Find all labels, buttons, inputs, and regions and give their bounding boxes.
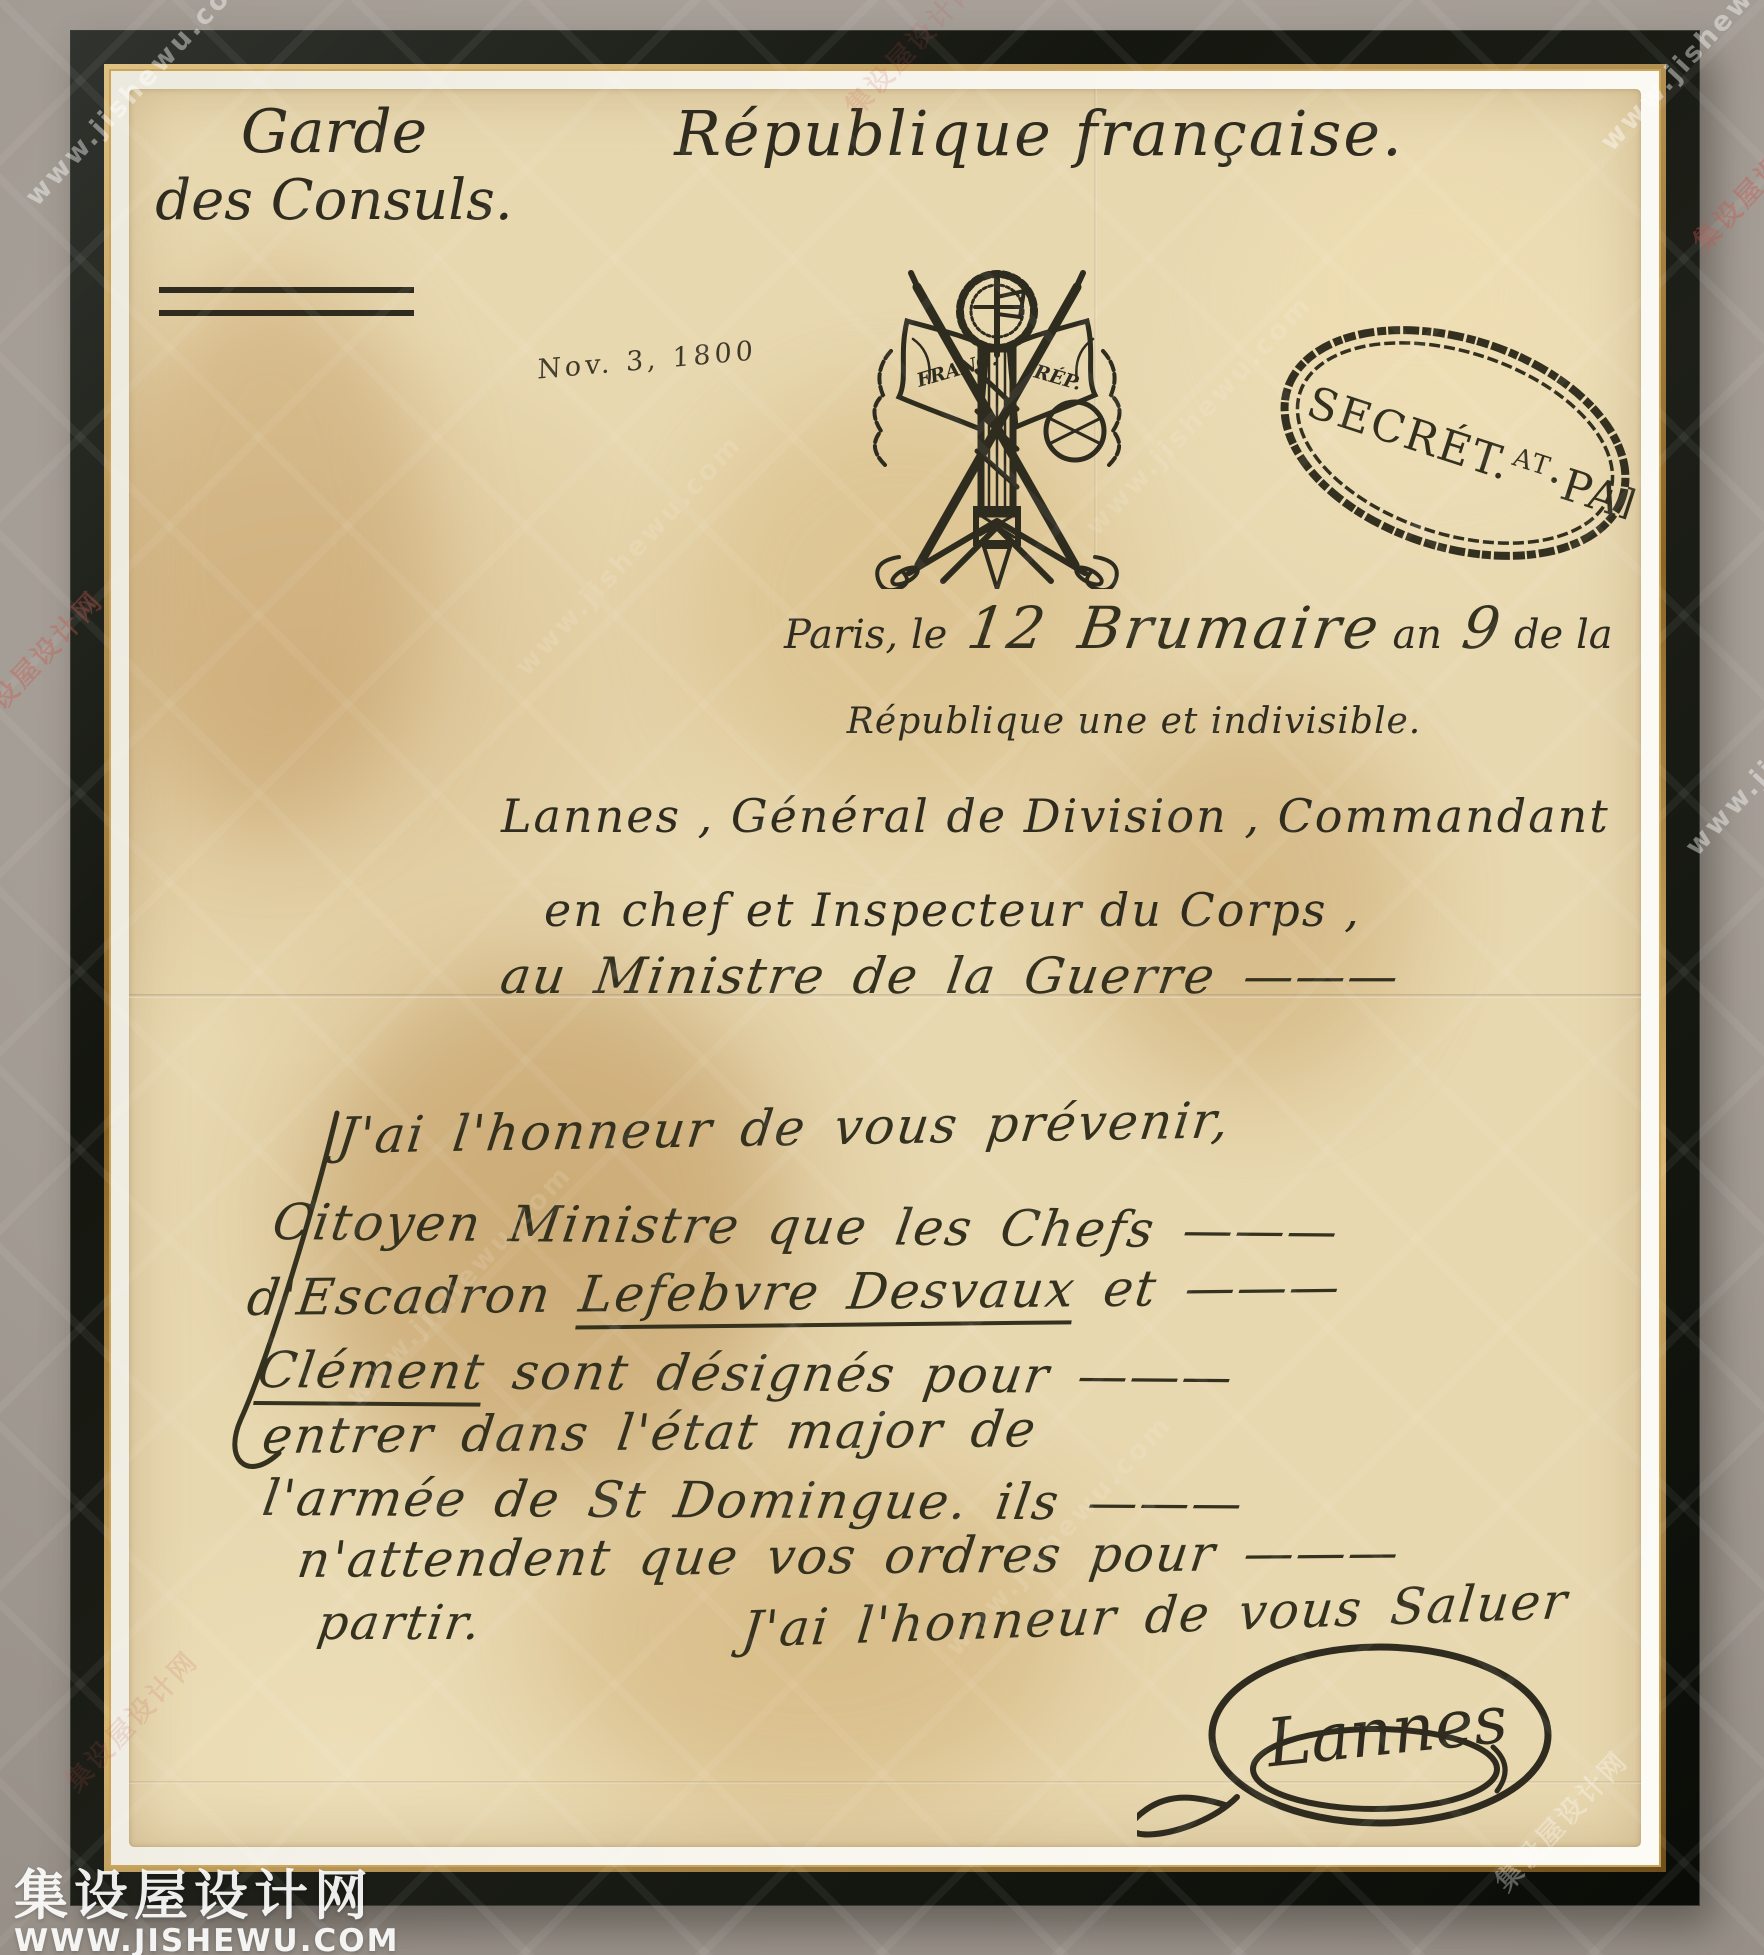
double-rule bbox=[159, 287, 414, 316]
body-line: entrer dans l'état major de bbox=[259, 1400, 1041, 1465]
paper-stain bbox=[129, 269, 429, 829]
body-line: n'attendent que vos ordres pour ——— bbox=[294, 1523, 1404, 1589]
letterhead-corps-line2: des Consuls. bbox=[149, 168, 519, 234]
underlined-name: Lefebvre Desvaux bbox=[575, 1260, 1080, 1329]
dateline-line2: République une et indivisible. bbox=[819, 701, 1449, 742]
letterhead-title: République française. bbox=[599, 97, 1479, 170]
body-text: l'armée de St Domingue. ils ——— bbox=[259, 1469, 1248, 1532]
mat-border: Garde des Consuls. République française.… bbox=[111, 71, 1659, 1865]
picture-frame: Garde des Consuls. République française.… bbox=[70, 30, 1700, 1906]
letterhead-corps: Garde des Consuls. bbox=[149, 97, 519, 234]
dateline-suffix: de la bbox=[1514, 612, 1613, 658]
dateline-an-word: an bbox=[1392, 612, 1442, 658]
recipient-line: au Ministre de la Guerre ——— bbox=[497, 947, 1404, 1005]
body-line: J'ai l'honneur de vous prévenir, bbox=[334, 1091, 1234, 1165]
body-text: J'ai l'honneur de vous prévenir, bbox=[334, 1091, 1234, 1165]
body-line: l'armée de St Domingue. ils ——— bbox=[259, 1469, 1248, 1532]
body-text: sont désignés pour ——— bbox=[481, 1343, 1238, 1406]
underlined-name: Clément bbox=[253, 1341, 490, 1407]
sender-line2: en chef et Inspecteur du Corps , bbox=[544, 883, 1361, 937]
signature: Lannes bbox=[1137, 1637, 1567, 1847]
parchment-letter: Garde des Consuls. République française.… bbox=[129, 89, 1641, 1847]
body-line: Clément sont désignés pour ——— bbox=[254, 1341, 1238, 1406]
body-text: entrer dans l'état major de bbox=[259, 1400, 1041, 1465]
signature-name: Lannes bbox=[1262, 1681, 1511, 1783]
watermark-site-url: WWW.JISHEWU.COM bbox=[14, 1925, 399, 1955]
dateline: Paris, le 12 Brumaire an 9 de la bbox=[784, 594, 1613, 662]
body-text: d'Escadron bbox=[244, 1265, 583, 1327]
dateline-handwritten-date: 12 Brumaire bbox=[963, 594, 1386, 662]
gold-fillet: Garde des Consuls. République française.… bbox=[104, 64, 1666, 1872]
body-text: Citoyen Ministre que les Chefs ——— bbox=[269, 1193, 1343, 1260]
stamp-word1: SECRÉT. bbox=[1301, 375, 1519, 491]
body-text: n'attendent que vos ordres pour ——— bbox=[294, 1523, 1404, 1589]
closing-word: partir. bbox=[314, 1595, 486, 1651]
letterhead-corps-line1: Garde bbox=[149, 97, 519, 168]
photo-of-framed-letter: { "letterhead": { "corps_line1": "Garde"… bbox=[0, 0, 1764, 1955]
pencil-date-note: Nov. 3, 1800 bbox=[537, 335, 757, 385]
body-line: Citoyen Ministre que les Chefs ——— bbox=[269, 1193, 1343, 1260]
dateline-year: 9 bbox=[1458, 594, 1507, 662]
dateline-location: Paris, le bbox=[784, 612, 947, 658]
coat-of-arms-emblem: FRANÇ. RÉP. bbox=[847, 259, 1147, 589]
body-text: et ——— bbox=[1072, 1257, 1345, 1318]
sender-line1: Lannes , Général de Division , Commandan… bbox=[501, 789, 1610, 843]
secretariat-stamp: SECRÉT.AT·PART.ER bbox=[1242, 275, 1641, 611]
body-line: d'Escadron Lefebvre Desvaux et ——— bbox=[244, 1257, 1345, 1327]
